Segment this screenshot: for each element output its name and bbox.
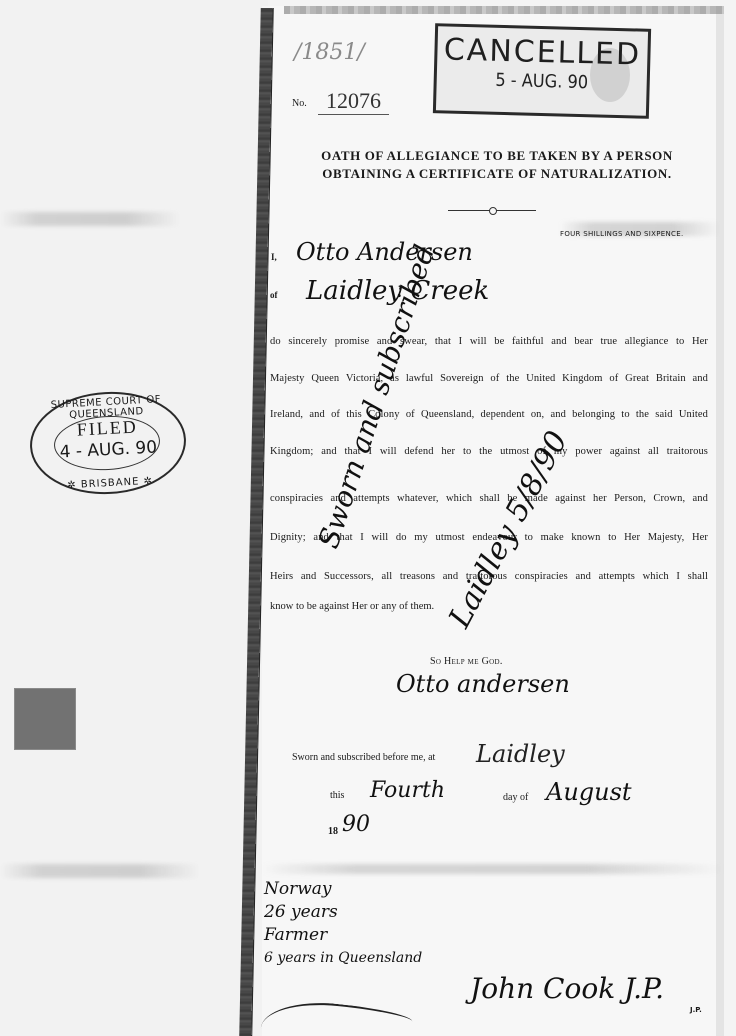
margin-note-nationality: Norway xyxy=(264,878,422,901)
file-reference: /1851/ xyxy=(294,40,365,65)
oath-line: Ireland, and of this Colony of Queenslan… xyxy=(270,409,708,420)
deponent-signature: Otto andersen xyxy=(396,670,570,698)
paper-smudge xyxy=(262,864,724,874)
margin-note-occupation: Farmer xyxy=(264,924,422,947)
cancelled-stamp: CANCELLED 5 - AUG. 90 xyxy=(433,23,651,119)
margin-note: Norway 26 years Farmer 6 years in Queens… xyxy=(264,878,422,970)
year-prefix: 18 xyxy=(328,826,338,837)
label-of: of xyxy=(270,290,278,300)
justice-of-peace-signature: John Cook J.P. xyxy=(470,972,664,1005)
sworn-day: Fourth xyxy=(370,778,445,803)
filed-stamp: SUPREME COURT OF QUEENSLAND FILED 4 - AU… xyxy=(27,388,188,498)
sworn-year: 90 xyxy=(342,812,370,837)
oath-line: know to be against Her or any of them. xyxy=(270,601,434,612)
page-right-edge xyxy=(716,14,724,1036)
left-page xyxy=(0,0,268,1036)
margin-note-residence: 6 years in Queensland xyxy=(264,947,422,970)
margin-note-age: 26 years xyxy=(264,901,422,924)
oath-closing: So Help me God. xyxy=(430,656,503,667)
title-divider-ornament xyxy=(489,207,497,215)
form-title-line-2: OBTAINING A CERTIFICATE OF NATURALIZATIO… xyxy=(292,166,702,182)
jp-suffix: J.P. xyxy=(690,1006,702,1014)
this-label: this xyxy=(330,790,344,801)
fee-note: FOUR SHILLINGS AND SIXPENCE. xyxy=(560,230,683,238)
form-title-line-1: OATH OF ALLEGIANCE TO BE TAKEN BY A PERS… xyxy=(292,148,702,164)
number-label: No. xyxy=(292,98,307,109)
oath-line: Majesty Queen Victoria, as lawful Sovere… xyxy=(270,373,708,384)
page-top-edge xyxy=(284,6,724,14)
sworn-month: August xyxy=(546,778,632,806)
label-i: I, xyxy=(271,252,277,262)
sworn-place: Laidley xyxy=(476,740,565,768)
day-of-label: day of xyxy=(503,792,528,803)
paper-smudge xyxy=(0,212,180,226)
oath-line: do sincerely promise and swear, that I w… xyxy=(270,336,708,347)
sworn-label: Sworn and subscribed before me, at xyxy=(292,752,435,763)
cancelled-stamp-label: CANCELLED xyxy=(437,32,648,73)
certificate-number: 12076 xyxy=(318,88,389,115)
oath-line: Kingdom; and that I will defend her to t… xyxy=(270,446,708,457)
deponent-name: Otto Andersen xyxy=(296,238,473,266)
paper-smudge xyxy=(0,864,200,878)
redaction-box xyxy=(14,688,76,750)
